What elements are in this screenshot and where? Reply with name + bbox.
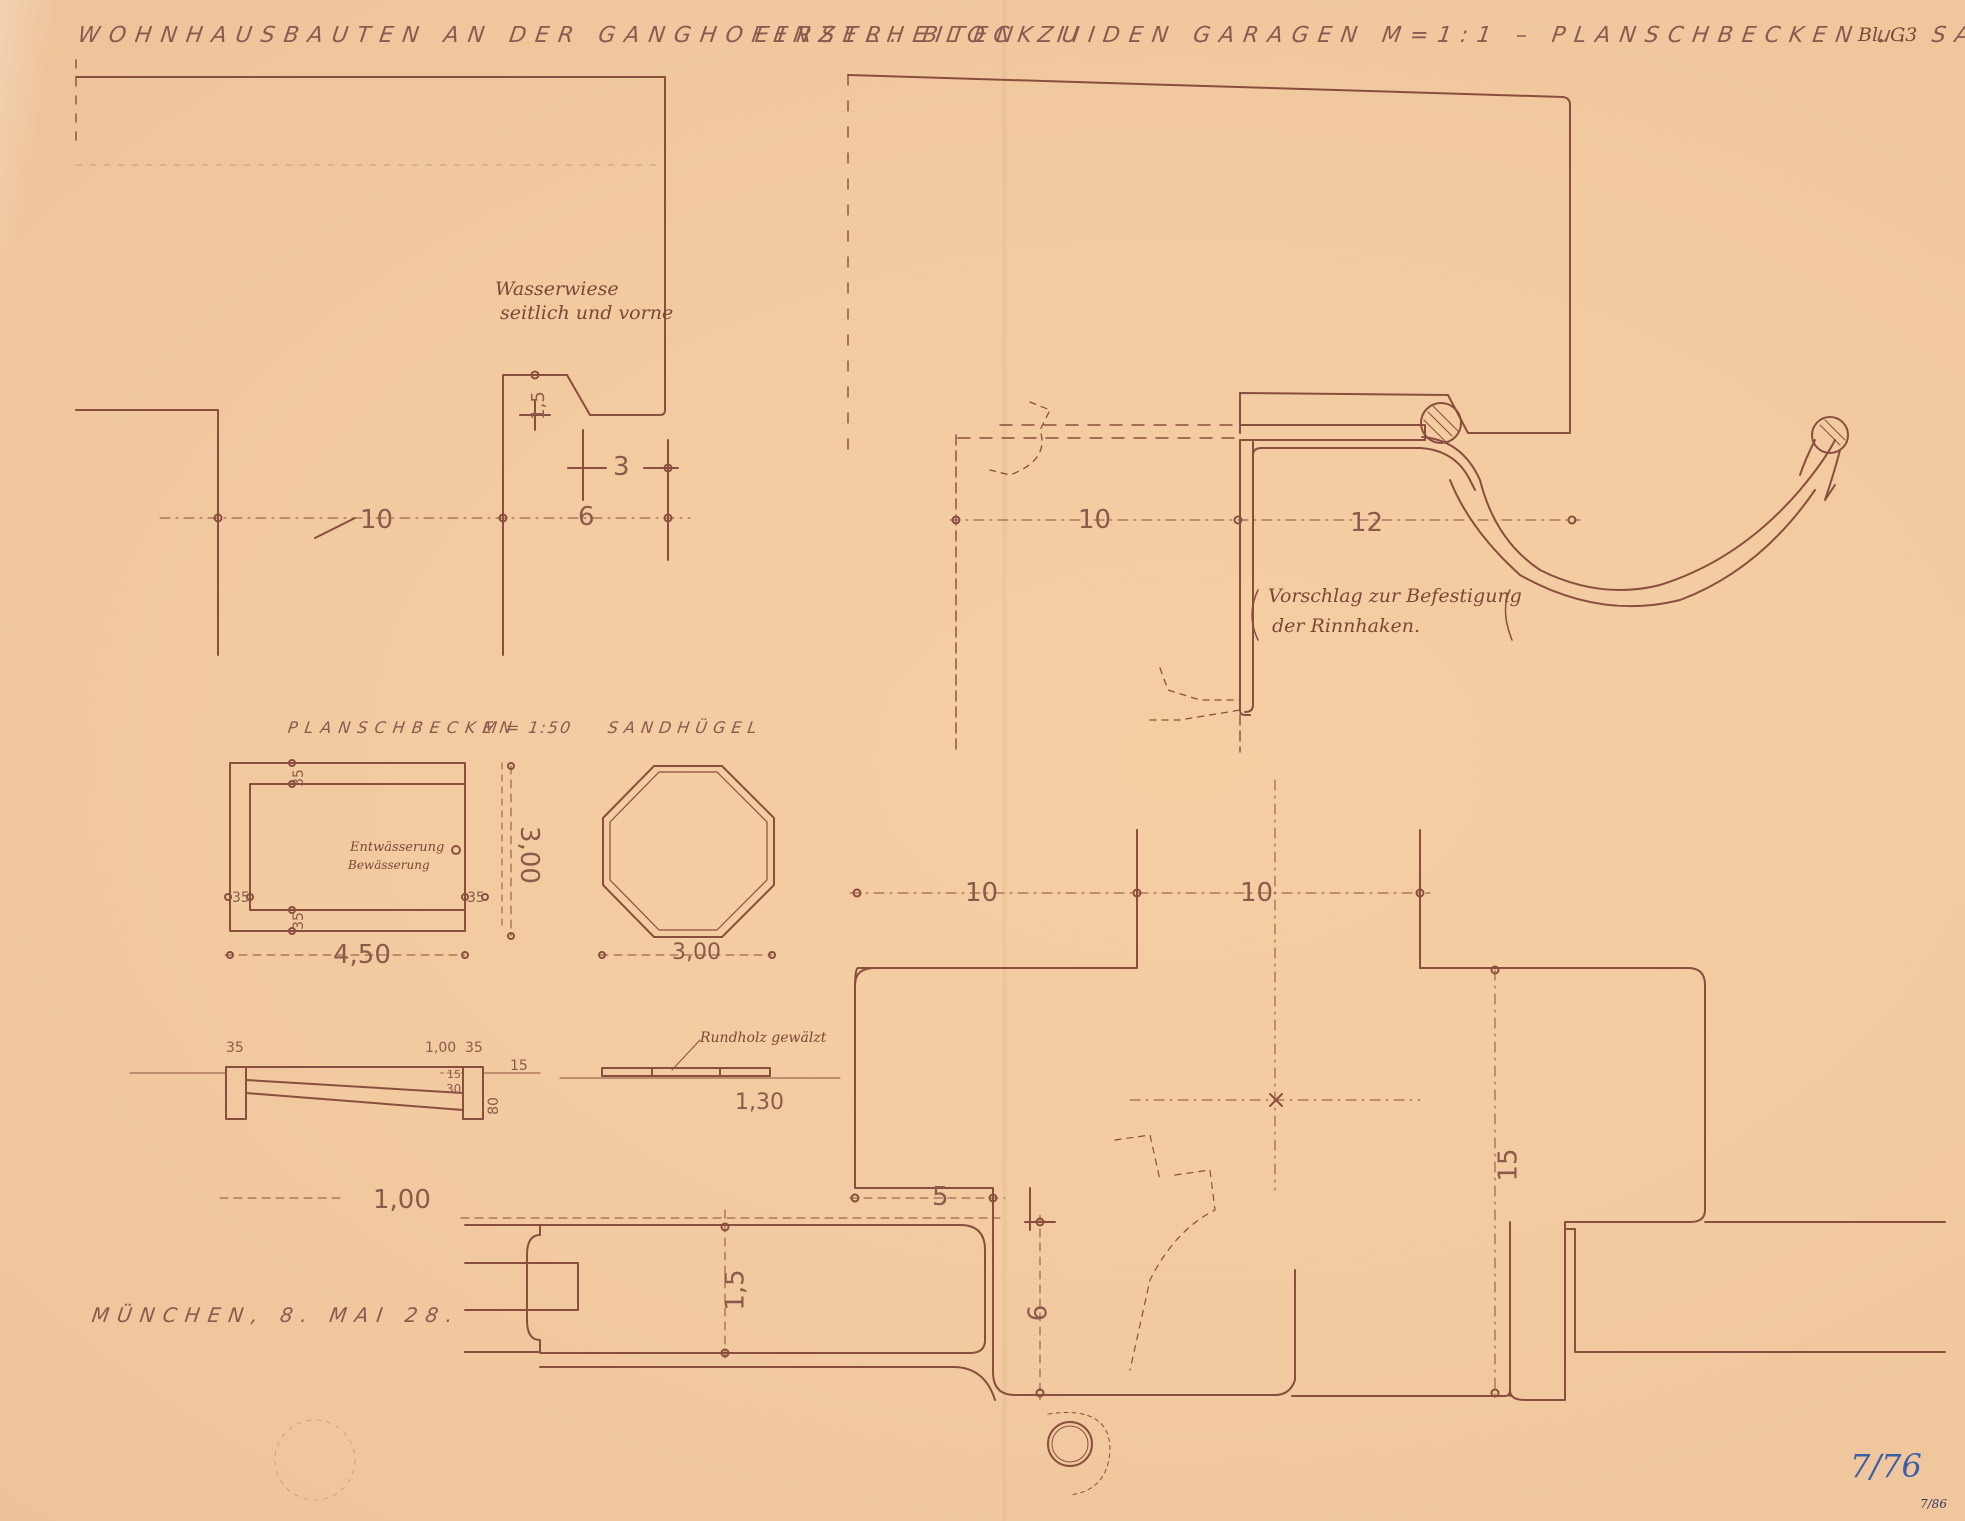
technical-drawing	[0, 0, 1965, 1521]
planschbecken-section	[130, 1067, 540, 1119]
note-befestigung-1: Vorschlag zur Befestigung	[1268, 585, 1522, 607]
dim-left-bevel: 1,5	[528, 391, 549, 420]
detail-left-profile	[76, 60, 690, 655]
dim-section-depth2: 30	[446, 1082, 461, 1096]
planschbecken-scale: M = 1:50	[482, 718, 574, 737]
place-date-stamp: MÜNCHEN, 8. MAI 28.	[90, 1303, 462, 1327]
dim-garage-left-width: 5	[932, 1182, 949, 1212]
dim-truck-height: 1,5	[721, 1269, 751, 1310]
sandhuegel-plan	[599, 766, 775, 958]
dim-section-inner: 1,00	[425, 1040, 456, 1056]
dim-left-3: 3	[613, 452, 630, 482]
dim-becken-wall-bottom: 35	[291, 912, 307, 930]
dim-section-wall: 35	[226, 1040, 244, 1056]
note-wasserwiese-2: seitlich und vorne	[500, 302, 673, 324]
dim-becken-wall-top: 35	[291, 769, 307, 787]
dim-section-depth1: 15	[447, 1068, 461, 1081]
note-rundholz: Rundholz gewälzt	[700, 1030, 826, 1046]
dim-becken-wall-right: 35	[467, 890, 485, 906]
dim-section-height: 80	[486, 1097, 502, 1115]
dim-right-12: 12	[1350, 508, 1383, 538]
dim-right-10: 10	[1078, 505, 1111, 535]
sandhuegel-title: SANDHÜGEL	[607, 718, 764, 737]
dim-garage-top-right: 10	[1240, 878, 1273, 908]
note-befestigung-2: der Rinnhaken.	[1272, 615, 1420, 637]
archive-number-small: 7/86	[1920, 1497, 1947, 1511]
dim-becken-height: 3,00	[514, 826, 544, 884]
sheet-number: Bl. G3	[1858, 24, 1917, 46]
sheet-title-right: EINZELHEITEN ZU DEN GARAGEN M=1:1 – PLAN…	[753, 23, 1965, 48]
dim-section-rim: 15	[510, 1058, 528, 1074]
drain-label-entwaesserung: Entwässerung	[350, 840, 444, 855]
garage-plan	[220, 780, 1945, 1500]
note-wasserwiese-1: Wasserwiese	[495, 278, 619, 300]
dim-long-100: 1,00	[373, 1185, 431, 1215]
dim-becken-width: 4,50	[333, 940, 391, 970]
dim-garage-lower-height: 6	[1023, 1305, 1053, 1322]
dim-sand-section-length: 1,30	[735, 1090, 784, 1115]
dim-left-10: 10	[360, 505, 393, 535]
dim-left-6: 6	[578, 502, 595, 532]
dim-section-wall-right: 35	[465, 1040, 483, 1056]
detail-right-profile	[848, 75, 1848, 752]
dim-sand-width: 3,00	[672, 940, 721, 965]
dim-garage-top-left: 10	[965, 878, 998, 908]
dim-becken-wall-left: 35	[232, 890, 250, 906]
dim-garage-right-height: 15	[1494, 1148, 1524, 1181]
drawing-sheet: WOHNHAUSBAUTEN AN DER GANGHOFERSTR. BLOC…	[0, 0, 1965, 1521]
archive-number: 7/76	[1850, 1447, 1922, 1485]
drain-label-bewaesserung: Bewässerung	[348, 858, 430, 872]
